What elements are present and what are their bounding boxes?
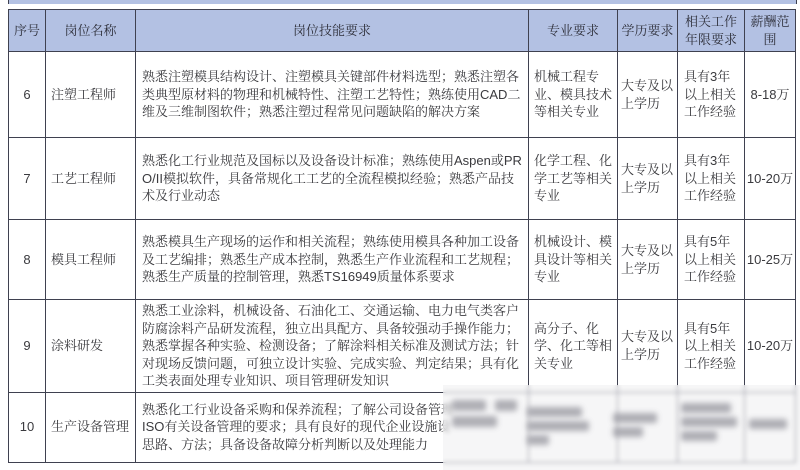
salary-range: 10-25万 [745,220,796,300]
experience-requirement: 具有3年以上相关工作经验 [678,52,745,138]
header-cell-experience-requirement: 相关工作年限要求 [678,10,745,52]
redacted-text-blob [613,413,657,423]
table-row: 8 模具工程师 熟悉模具生产现场的运作和相关流程；熟练使用模具各种加工设备及工艺… [9,220,796,300]
education-requirement: 大专及以上学历 [618,220,678,300]
header-cell-salary-range: 薪酬范围 [745,10,796,52]
redacted-text-blob [681,417,737,427]
header-cell-education-requirement: 学历要求 [618,10,678,52]
salary-range: 8-18万 [745,52,796,138]
header-cell-position-name: 岗位名称 [46,10,136,52]
salary-range: 10-20万 [745,138,796,220]
row-index: 10 [9,392,46,462]
skill-requirements: 熟悉化工行业规范及国标以及设备设计标准；熟练使用Aspen或PRO/II模拟软件… [136,138,529,220]
education-requirement: 大专及以上学历 [618,300,678,393]
position-name: 工艺工程师 [46,138,136,220]
experience-requirement: 具有5年以上相关工作经验 [678,220,745,300]
major-requirement: 机械工程专业、模具技术等相关专业 [529,52,618,138]
position-name: 涂料研发 [46,300,136,393]
education-requirement: 大专及以上学历 [618,52,678,138]
table-row: 6 注塑工程师 熟悉注塑模具结构设计、注塑模具关键部件材料选型；熟悉注塑各类典型… [9,52,796,138]
redacted-text-blob [527,435,549,445]
table-row: 7 工艺工程师 熟悉化工行业规范及国标以及设备设计标准；熟练使用Aspen或PR… [9,138,796,220]
major-requirement: 化学工程、化学工艺等相关专业 [529,138,618,220]
position-name: 模具工程师 [46,220,136,300]
cutoff-row-strip [8,0,797,4]
position-name: 注塑工程师 [46,52,136,138]
experience-requirement: 具有5年以上相关工作经验 [678,300,745,393]
redacted-text-blob [452,416,497,427]
row-index: 6 [9,52,46,138]
skill-requirements: 熟悉工业涂料，机械设备、石油化工、交通运输、电力电气类客户防腐涂料产品研发流程，… [136,300,529,393]
redaction-blur [443,385,800,470]
header-cell-skill-requirements: 岗位技能要求 [136,10,529,52]
header-cell-major-requirement: 专业要求 [529,10,618,52]
salary-range: 10-20万 [745,300,796,393]
major-requirement: 高分子、化学、化工等相关专业 [529,300,618,393]
position-name: 生产设备管理 [46,392,136,462]
redacted-text-blob [681,403,731,413]
redacted-text-blob [613,427,643,437]
skill-requirements: 熟悉模具生产现场的运作和相关流程；熟练使用模具各种加工设备及工艺编排；熟悉生产成… [136,220,529,300]
experience-requirement: 具有3年以上相关工作经验 [678,138,745,220]
redacted-text-blob [527,421,589,431]
redacted-text-blob [495,400,517,411]
redacted-text-blob [681,431,717,441]
major-requirement: 机械设计、模具设计等相关专业 [529,220,618,300]
table-row: 9 涂料研发 熟悉工业涂料，机械设备、石油化工、交通运输、电力电气类客户防腐涂料… [9,300,796,393]
row-index: 9 [9,300,46,393]
education-requirement: 大专及以上学历 [618,138,678,220]
skill-requirements: 熟悉注塑模具结构设计、注塑模具关键部件材料选型；熟悉注塑各类典型原材料的物理和机… [136,52,529,138]
row-index: 7 [9,138,46,220]
redacted-text-blob [452,400,486,411]
header-row: 序号 岗位名称 岗位技能要求 专业要求 学历要求 相关工作年限要求 薪酬范围 [9,10,796,52]
redacted-text-blob [527,407,582,417]
header-cell-index: 序号 [9,10,46,52]
redacted-text-blob [749,419,787,429]
row-index: 8 [9,220,46,300]
